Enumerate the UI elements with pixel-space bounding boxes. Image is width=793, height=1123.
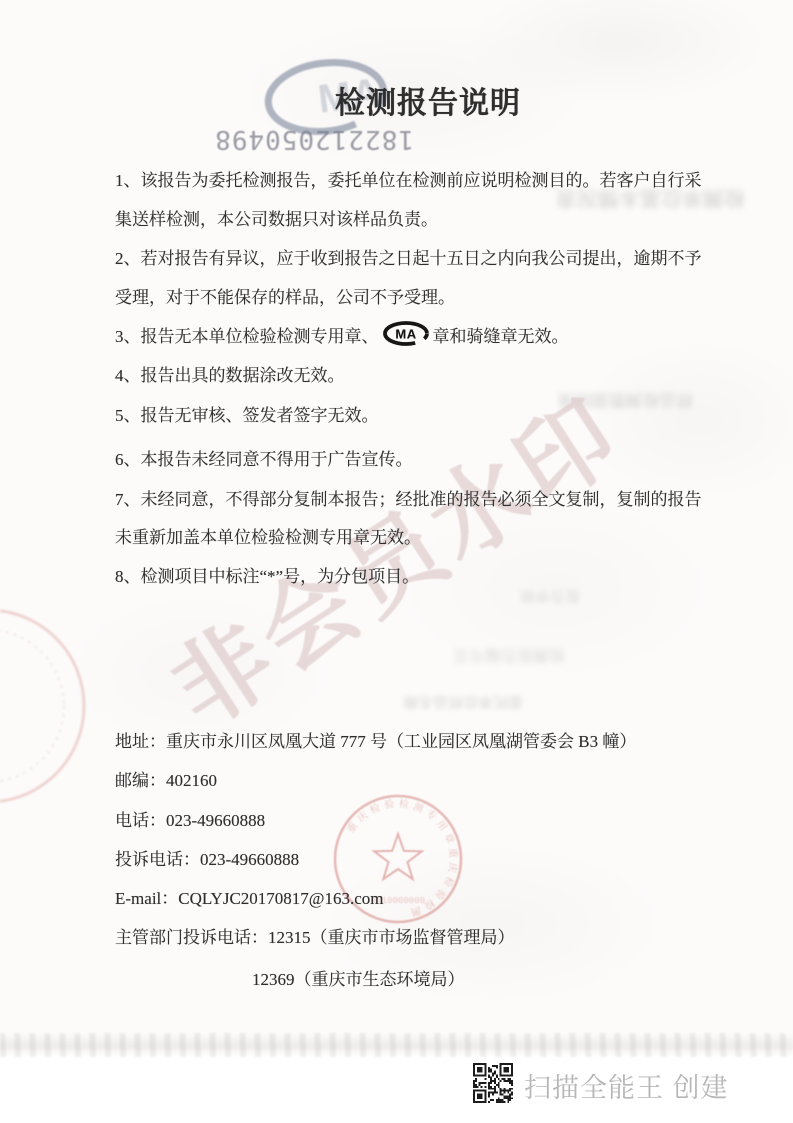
contact-dept-complaint-line-1: 主管部门投诉电话：12315（重庆市市场监督管理局） xyxy=(115,923,515,948)
clause-8: 8、检测项目中标注“*”号，为分包项目。 xyxy=(115,562,419,587)
clause-4: 4、报告出具的数据涂改无效。 xyxy=(115,361,345,386)
bleed-through-ghost-4: 委托单位样品名称 xyxy=(288,692,523,713)
clause-2-line-2: 受理，对于不能保存的样品，公司不予受理。 xyxy=(115,283,455,308)
paper-bottom-edge xyxy=(0,1033,793,1057)
scanner-credit-text: 扫描全能王 创建 xyxy=(524,1066,729,1105)
clause-5: 5、报告无审核、签发者签字无效。 xyxy=(115,401,379,426)
clause-3-pre-text: 3、报告无本单位检验检测专用章、 xyxy=(115,322,379,347)
clause-7-line-2: 未重新加盖本单位检验检测专用章无效。 xyxy=(115,523,421,548)
contact-email: E-mail：CQLYJC20170817@163.com xyxy=(115,884,383,909)
clause-7-line-1: 7、未经同意，不得部分复制本报告；经批准的报告必须全文复制，复制的报告 xyxy=(115,485,702,510)
bleed-through-ghost-3: 检测报告编号页 xyxy=(350,645,565,668)
clause-6: 6、本报告未经同意不得用于广告宣传。 xyxy=(115,445,413,470)
cma-inline-badge-letters: MA xyxy=(395,327,416,342)
contact-complaint-phone: 投诉电话：023-49660888 xyxy=(115,845,299,870)
clause-3-post-text: 章和骑缝章无效。 xyxy=(433,322,569,347)
edge-partial-stamp-icon xyxy=(0,598,100,813)
contact-postcode: 邮编：402160 xyxy=(115,766,217,791)
cma-inline-badge-icon: MA xyxy=(382,321,430,346)
page-title: 检测报告说明 xyxy=(335,78,521,122)
clause-1-line-1: 1、该报告为委托检测报告，委托单位在检测前应说明检测目的。若客户自行采 xyxy=(115,166,702,191)
clause-1-line-2: 集送样检测，本公司数据只对该样品负责。 xyxy=(115,205,438,230)
qr-code xyxy=(473,1063,513,1103)
red-round-stamp-icon: 重庆检验检测专用章重庆检验检测 4010000000 xyxy=(330,793,470,931)
contact-dept-complaint-line-2: 12369（重庆市生态环境局） xyxy=(252,965,465,990)
clause-2-line-1: 2、若对报告有异议，应于收到报告之日起十五日之内向我公司提出，逾期不予 xyxy=(115,244,702,269)
scanned-document-page: MA 检测报告说明 182212050498 检测单位基本情况表 样品检测数据结… xyxy=(0,0,793,1123)
contact-phone: 电话：023-49660888 xyxy=(115,806,265,831)
contact-address: 地址：重庆市永川区凤凰大道 777 号（工业园区凤凰湖管委会 B3 幢） xyxy=(115,727,636,752)
clause-3: 3、报告无本单位检验检测专用章、 MA 章和骑缝章无效。 xyxy=(115,322,569,347)
